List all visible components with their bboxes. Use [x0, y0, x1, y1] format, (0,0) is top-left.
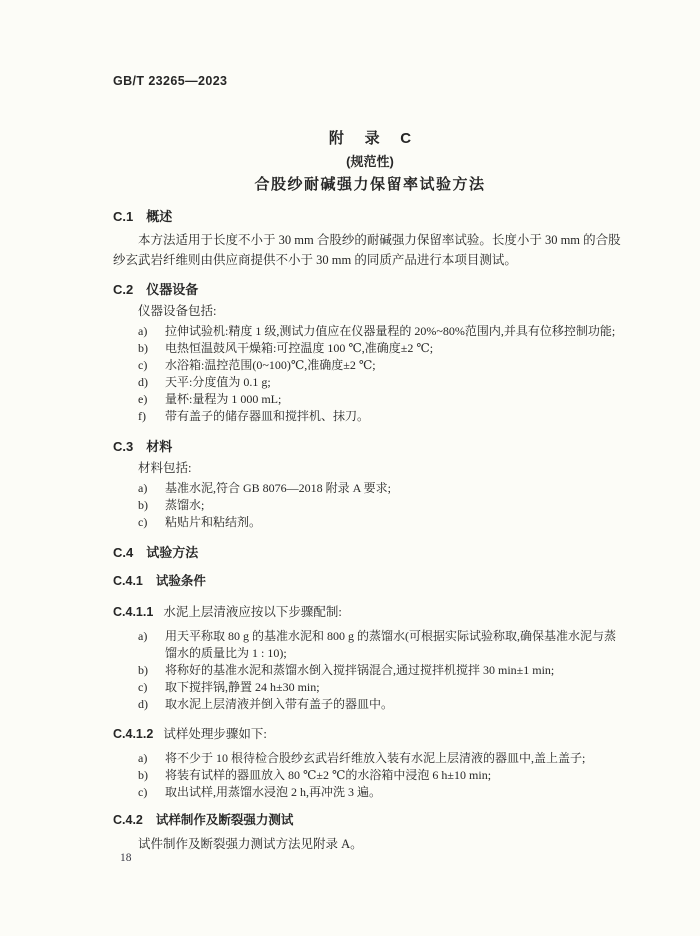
- list-item-c2-e: e) 量杯:量程为 1 000 mL;: [113, 391, 627, 408]
- list-marker: b): [138, 497, 165, 514]
- paragraph-c1-body: 本方法适用于长度不小于 30 mm 合股纱的耐碱强力保留率试验。长度小于 30 …: [113, 230, 627, 270]
- list-item-c412-c: c) 取出试样,用蒸馏水浸泡 2 h,再冲洗 3 遍。: [113, 784, 627, 801]
- list-item-c3-c: c) 粘贴片和粘结剂。: [113, 514, 627, 531]
- section-title-c41: 试验条件: [156, 574, 206, 588]
- list-marker: b): [138, 662, 165, 679]
- section-heading-c3: C.3材料: [113, 437, 627, 456]
- paragraph-c2-lead: 仪器设备包括:: [113, 303, 627, 320]
- list-item-c2-d: d) 天平:分度值为 0.1 g;: [113, 374, 627, 391]
- standard-number: GB/T 23265—2023: [113, 74, 227, 88]
- clause-number-c411: C.4.1.1: [113, 605, 153, 619]
- list-item-c412-b: b) 将装有试样的器皿放入 80 ℃±2 ℃的水浴箱中浸泡 6 h±10 min…: [113, 767, 627, 784]
- section-heading-c42: C.4.2试样制作及断裂强力测试: [113, 811, 627, 830]
- list-text: 水浴箱:温控范围(0~100)℃,准确度±2 ℃;: [165, 357, 627, 374]
- list-text: 将不少于 10 根待检合股纱玄武岩纤维放入装有水泥上层清液的器皿中,盖上盖子;: [165, 750, 627, 767]
- section-heading-c2: C.2仪器设备: [113, 280, 627, 299]
- list-marker: c): [138, 784, 165, 801]
- list-marker: c): [138, 514, 165, 531]
- section-number-c2: C.2: [113, 282, 133, 297]
- list-marker: f): [138, 408, 165, 425]
- page-header: GB/T 23265—2023: [113, 72, 627, 90]
- list-marker: b): [138, 340, 165, 357]
- clause-c412: C.4.1.2试样处理步骤如下:: [113, 725, 627, 744]
- appendix-title-block: 附 录 C (规范性) 合股纱耐碱强力保留率试验方法: [113, 128, 627, 195]
- clause-c411: C.4.1.1水泥上层清液应按以下步骤配制:: [113, 603, 627, 622]
- list-marker: e): [138, 391, 165, 408]
- list-item-c2-b: b) 电热恒温鼓风干燥箱:可控温度 100 ℃,准确度±2 ℃;: [113, 340, 627, 357]
- list-text: 取下搅拌锅,静置 24 h±30 min;: [165, 679, 627, 696]
- list-text: 用天平称取 80 g 的基准水泥和 800 g 的蒸馏水(可根据实际试验称取,确…: [165, 628, 627, 662]
- list-marker: d): [138, 696, 165, 713]
- clause-number-c412: C.4.1.2: [113, 727, 153, 741]
- appendix-subject-title: 合股纱耐碱强力保留率试验方法: [113, 174, 627, 195]
- list-text: 取出试样,用蒸馏水浸泡 2 h,再冲洗 3 遍。: [165, 784, 627, 801]
- list-item-c2-f: f) 带有盖子的储存器皿和搅拌机、抹刀。: [113, 408, 627, 425]
- list-text: 粘贴片和粘结剂。: [165, 514, 627, 531]
- list-marker: d): [138, 374, 165, 391]
- paragraph-c3-lead: 材料包括:: [113, 460, 627, 477]
- list-marker: a): [138, 628, 165, 662]
- list-marker: c): [138, 679, 165, 696]
- section-title-c1: 概述: [146, 209, 172, 224]
- list-text: 拉伸试验机:精度 1 级,测试力值应在仪器量程的 20%~80%范围内,并具有位…: [165, 323, 627, 340]
- list-text: 天平:分度值为 0.1 g;: [165, 374, 627, 391]
- section-number-c42: C.4.2: [113, 813, 143, 827]
- list-text: 基准水泥,符合 GB 8076—2018 附录 A 要求;: [165, 480, 627, 497]
- section-number-c41: C.4.1: [113, 574, 143, 588]
- section-number-c1: C.1: [113, 209, 133, 224]
- list-text: 蒸馏水;: [165, 497, 627, 514]
- list-marker: a): [138, 750, 165, 767]
- appendix-label: 附 录 C: [113, 128, 627, 149]
- section-heading-c4: C.4试验方法: [113, 543, 627, 562]
- section-title-c42: 试样制作及断裂强力测试: [156, 813, 294, 827]
- section-number-c4: C.4: [113, 545, 133, 560]
- list-marker: b): [138, 767, 165, 784]
- list-item-c3-b: b) 蒸馏水;: [113, 497, 627, 514]
- clause-text-c411: 水泥上层清液应按以下步骤配制:: [163, 605, 341, 619]
- list-item-c411-a: a) 用天平称取 80 g 的基准水泥和 800 g 的蒸馏水(可根据实际试验称…: [113, 628, 627, 662]
- list-item-c411-b: b) 将称好的基准水泥和蒸馏水倒入搅拌锅混合,通过搅拌机搅拌 30 min±1 …: [113, 662, 627, 679]
- list-text: 将称好的基准水泥和蒸馏水倒入搅拌锅混合,通过搅拌机搅拌 30 min±1 min…: [165, 662, 627, 679]
- list-item-c412-a: a) 将不少于 10 根待检合股纱玄武岩纤维放入装有水泥上层清液的器皿中,盖上盖…: [113, 750, 627, 767]
- list-item-c411-c: c) 取下搅拌锅,静置 24 h±30 min;: [113, 679, 627, 696]
- list-text: 取水泥上层清液并倒入带有盖子的器皿中。: [165, 696, 627, 713]
- clause-text-c412: 试样处理步骤如下:: [163, 727, 266, 741]
- list-marker: a): [138, 323, 165, 340]
- section-title-c3: 材料: [146, 439, 172, 454]
- list-text: 将装有试样的器皿放入 80 ℃±2 ℃的水浴箱中浸泡 6 h±10 min;: [165, 767, 627, 784]
- appendix-normative-label: (规范性): [113, 152, 627, 171]
- list-item-c3-a: a) 基准水泥,符合 GB 8076—2018 附录 A 要求;: [113, 480, 627, 497]
- section-heading-c41: C.4.1试验条件: [113, 572, 627, 591]
- list-text: 量杯:量程为 1 000 mL;: [165, 391, 627, 408]
- list-marker: a): [138, 480, 165, 497]
- section-number-c3: C.3: [113, 439, 133, 454]
- document-page: GB/T 23265—2023 附 录 C (规范性) 合股纱耐碱强力保留率试验…: [0, 0, 700, 936]
- section-title-c2: 仪器设备: [146, 282, 198, 297]
- page-number: 18: [120, 852, 132, 864]
- list-marker: c): [138, 357, 165, 374]
- section-title-c4: 试验方法: [146, 545, 198, 560]
- list-item-c2-a: a) 拉伸试验机:精度 1 级,测试力值应在仪器量程的 20%~80%范围内,并…: [113, 323, 627, 340]
- list-text: 带有盖子的储存器皿和搅拌机、抹刀。: [165, 408, 627, 425]
- list-item-c2-c: c) 水浴箱:温控范围(0~100)℃,准确度±2 ℃;: [113, 357, 627, 374]
- section-heading-c1: C.1概述: [113, 207, 627, 226]
- list-text: 电热恒温鼓风干燥箱:可控温度 100 ℃,准确度±2 ℃;: [165, 340, 627, 357]
- paragraph-c42-body: 试件制作及断裂强力测试方法见附录 A。: [113, 834, 627, 854]
- list-item-c411-d: d) 取水泥上层清液并倒入带有盖子的器皿中。: [113, 696, 627, 713]
